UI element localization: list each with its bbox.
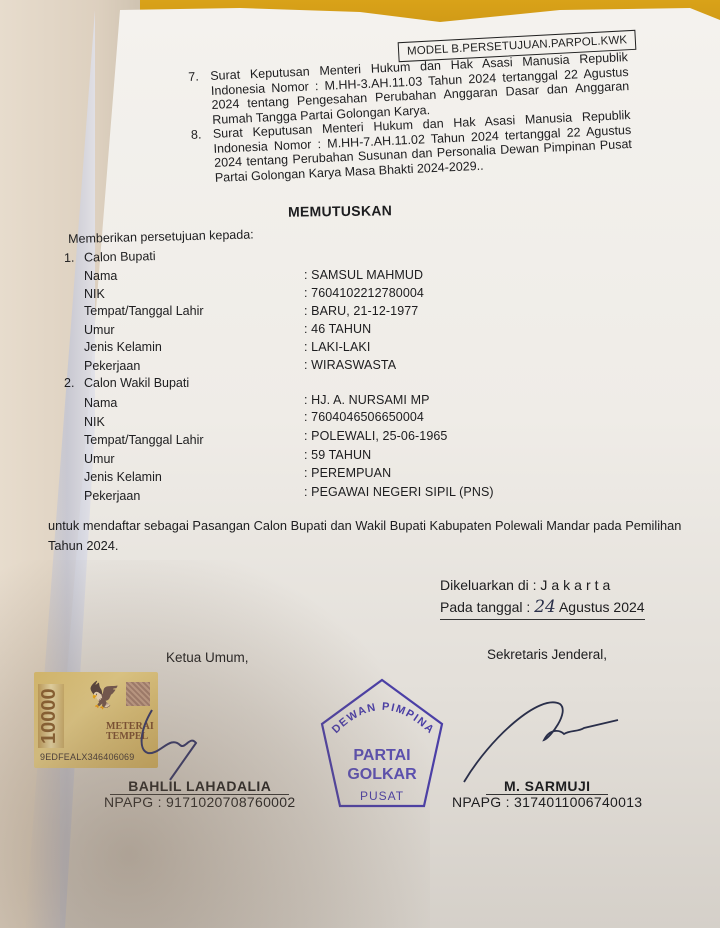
issuance-block: Dikeluarkan di : Jakarta Pada tanggal : … — [440, 574, 645, 620]
signatory-name: BAHLIL LAHADALIA — [110, 778, 289, 795]
consideration-number: 7. — [188, 69, 213, 128]
field-label: NIK — [84, 287, 105, 301]
issued-date-rest: Agustus 2024 — [559, 599, 645, 615]
field-label: Umur — [84, 452, 115, 466]
consideration-number: 8. — [191, 127, 216, 186]
issued-place-row: Dikeluarkan di : Jakarta — [440, 574, 645, 596]
field-label: Jenis Kelamin — [84, 340, 162, 354]
field-label: Umur — [84, 323, 115, 337]
field-value: : BARU, 21-12-1977 — [304, 304, 418, 318]
role-chairman: Ketua Umum, — [166, 650, 249, 665]
stamp-line3: PUSAT — [360, 789, 404, 803]
field-value: : HJ. A. NURSAMI MP — [304, 393, 430, 407]
signatory-secretary-general: M. SARMUJI NPAPG : 3174011006740013 — [452, 778, 642, 810]
candidate-number: 2. — [64, 376, 84, 390]
field-label: Tempat/Tanggal Lahir — [84, 433, 204, 447]
candidate-heading: 2. Calon Wakil Bupati — [64, 376, 189, 390]
field-value: : PEREMPUAN — [304, 466, 391, 480]
secretary-signature — [460, 698, 630, 788]
closing-statement: untuk mendaftar sebagai Pasangan Calon B… — [48, 516, 688, 556]
field-label: Tempat/Tanggal Lahir — [84, 304, 204, 318]
field-label: Jenis Kelamin — [84, 470, 162, 484]
meterai-value: 10000 — [38, 684, 64, 748]
stamp-line2: GOLKAR — [347, 766, 417, 783]
meterai-serial: 9EDFEALX346406069 — [40, 752, 134, 762]
field-value: : 7604046506650004 — [304, 410, 424, 424]
stamp-line1: PARTAI — [353, 747, 410, 764]
chairman-signature — [130, 705, 200, 785]
field-value: : WIRASWASTA — [304, 358, 396, 372]
party-stamp: DEWAN PIMPINAN PARTAI GOLKAR PUSAT — [318, 676, 446, 812]
signatory-name: M. SARMUJI — [486, 778, 608, 795]
field-value: : 59 TAHUN — [304, 448, 371, 462]
candidate-title: Calon Bupati — [84, 249, 156, 264]
field-label: NIK — [84, 415, 105, 429]
candidate-title: Calon Wakil Bupati — [84, 376, 189, 390]
issued-date-label: Pada tanggal : — [440, 599, 530, 615]
signatory-npapg: NPAPG : 9171020708760002 — [104, 794, 295, 810]
role-secretary-general: Sekretaris Jenderal, — [487, 647, 607, 662]
field-value: : POLEWALI, 25-06-1965 — [304, 429, 447, 443]
field-value: : PEGAWAI NEGERI SIPIL (PNS) — [304, 485, 494, 499]
issued-place: Jakarta — [540, 577, 614, 593]
field-label: Nama — [84, 396, 117, 410]
intro-text: Memberikan persetujuan kepada: — [68, 227, 254, 246]
issued-place-label: Dikeluarkan di : — [440, 577, 537, 593]
field-value: : 7604102212780004 — [304, 286, 424, 300]
field-value: : LAKI-LAKI — [304, 340, 370, 354]
field-label: Pekerjaan — [84, 489, 140, 503]
field-value: : SAMSUL MAHMUD — [304, 268, 423, 282]
signatory-npapg: NPAPG : 3174011006740013 — [452, 794, 642, 810]
issued-date-row: Pada tanggal : 24 Agustus 2024 — [440, 596, 645, 620]
considerations-list: 7. Surat Keputusan Menteri Hukum dan Hak… — [188, 50, 633, 186]
field-label: Pekerjaan — [84, 359, 140, 373]
document: MODEL B.PERSETUJUAN.PARPOL.KWK 7. Surat … — [0, 0, 720, 928]
field-value: : 46 TAHUN — [304, 322, 371, 336]
candidate-number: 1. — [64, 251, 84, 265]
field-label: Nama — [84, 269, 117, 283]
garuda-emblem-icon: 🦅 — [88, 680, 120, 711]
decision-heading: MEMUTUSKAN — [288, 202, 392, 219]
signatory-chairman: BAHLIL LAHADALIA NPAPG : 917102070876000… — [104, 778, 295, 810]
candidate-heading: 1. Calon Bupati — [64, 249, 156, 265]
hologram-icon — [126, 682, 150, 706]
issued-date-day-handwritten: 24 — [534, 597, 556, 617]
